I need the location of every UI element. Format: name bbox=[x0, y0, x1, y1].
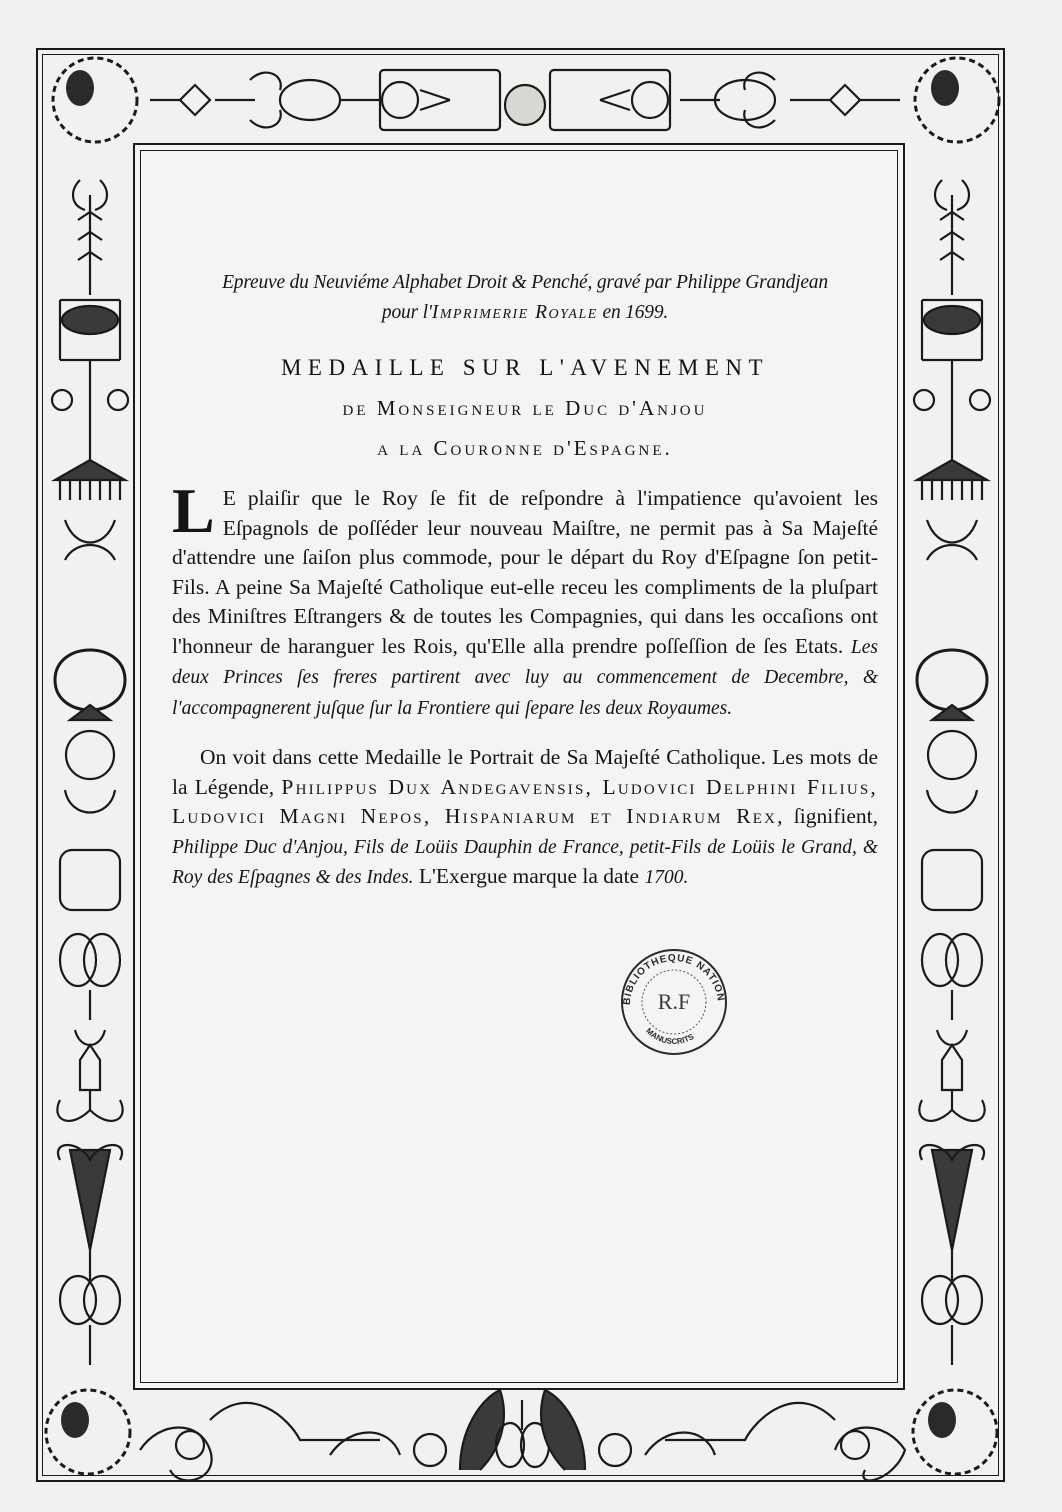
subtitle-line-1: Epreuve du Neuviéme Alphabet Droit & Pen… bbox=[172, 268, 878, 298]
stamp-bottom-text: MANUSCRITS bbox=[644, 1026, 696, 1046]
stamp-center-text: R.F bbox=[658, 989, 690, 1014]
specimen-subtitle: Epreuve du Neuviéme Alphabet Droit & Pen… bbox=[172, 268, 878, 328]
page-title: MEDAILLE SUR L'AVENEMENT de Monseigneur … bbox=[172, 348, 878, 468]
title-line-3: a la Couronne d'Espagne. bbox=[172, 428, 878, 468]
paragraph-2-roman-c: L'Exergue marque la date bbox=[414, 864, 645, 888]
exergue-date: 1700. bbox=[644, 867, 688, 888]
subtitle-line-2-smallcaps: Imprimerie Royale bbox=[432, 302, 598, 323]
subtitle-line-2-prefix: pour l' bbox=[382, 302, 432, 323]
subtitle-line-2-suffix: en 1699. bbox=[598, 302, 668, 323]
title-line-1: MEDAILLE SUR L'AVENEMENT bbox=[172, 348, 878, 388]
svg-text:MANUSCRITS: MANUSCRITS bbox=[644, 1026, 696, 1046]
paragraph-1: LE plaiſir que le Roy ſe fit de reſpondr… bbox=[172, 484, 878, 723]
library-stamp-icon: BIBLIOTHEQUE NATIONALE R.F MANUSCRITS bbox=[612, 945, 736, 1059]
paragraph-2: On voit dans cette Medaille le Portrait … bbox=[172, 743, 878, 893]
title-line-2: de Monseigneur le Duc d'Anjou bbox=[172, 388, 878, 428]
paragraph-2-roman-b: , ſignifient, bbox=[777, 804, 878, 828]
drop-cap: L bbox=[172, 486, 215, 536]
document-body: Epreuve du Neuviéme Alphabet Droit & Pen… bbox=[172, 268, 878, 893]
paragraph-1-roman: E plaiſir que le Roy ſe fit de reſpondre… bbox=[172, 486, 878, 658]
subtitle-line-2: pour l'Imprimerie Royale en 1699. bbox=[172, 298, 878, 328]
